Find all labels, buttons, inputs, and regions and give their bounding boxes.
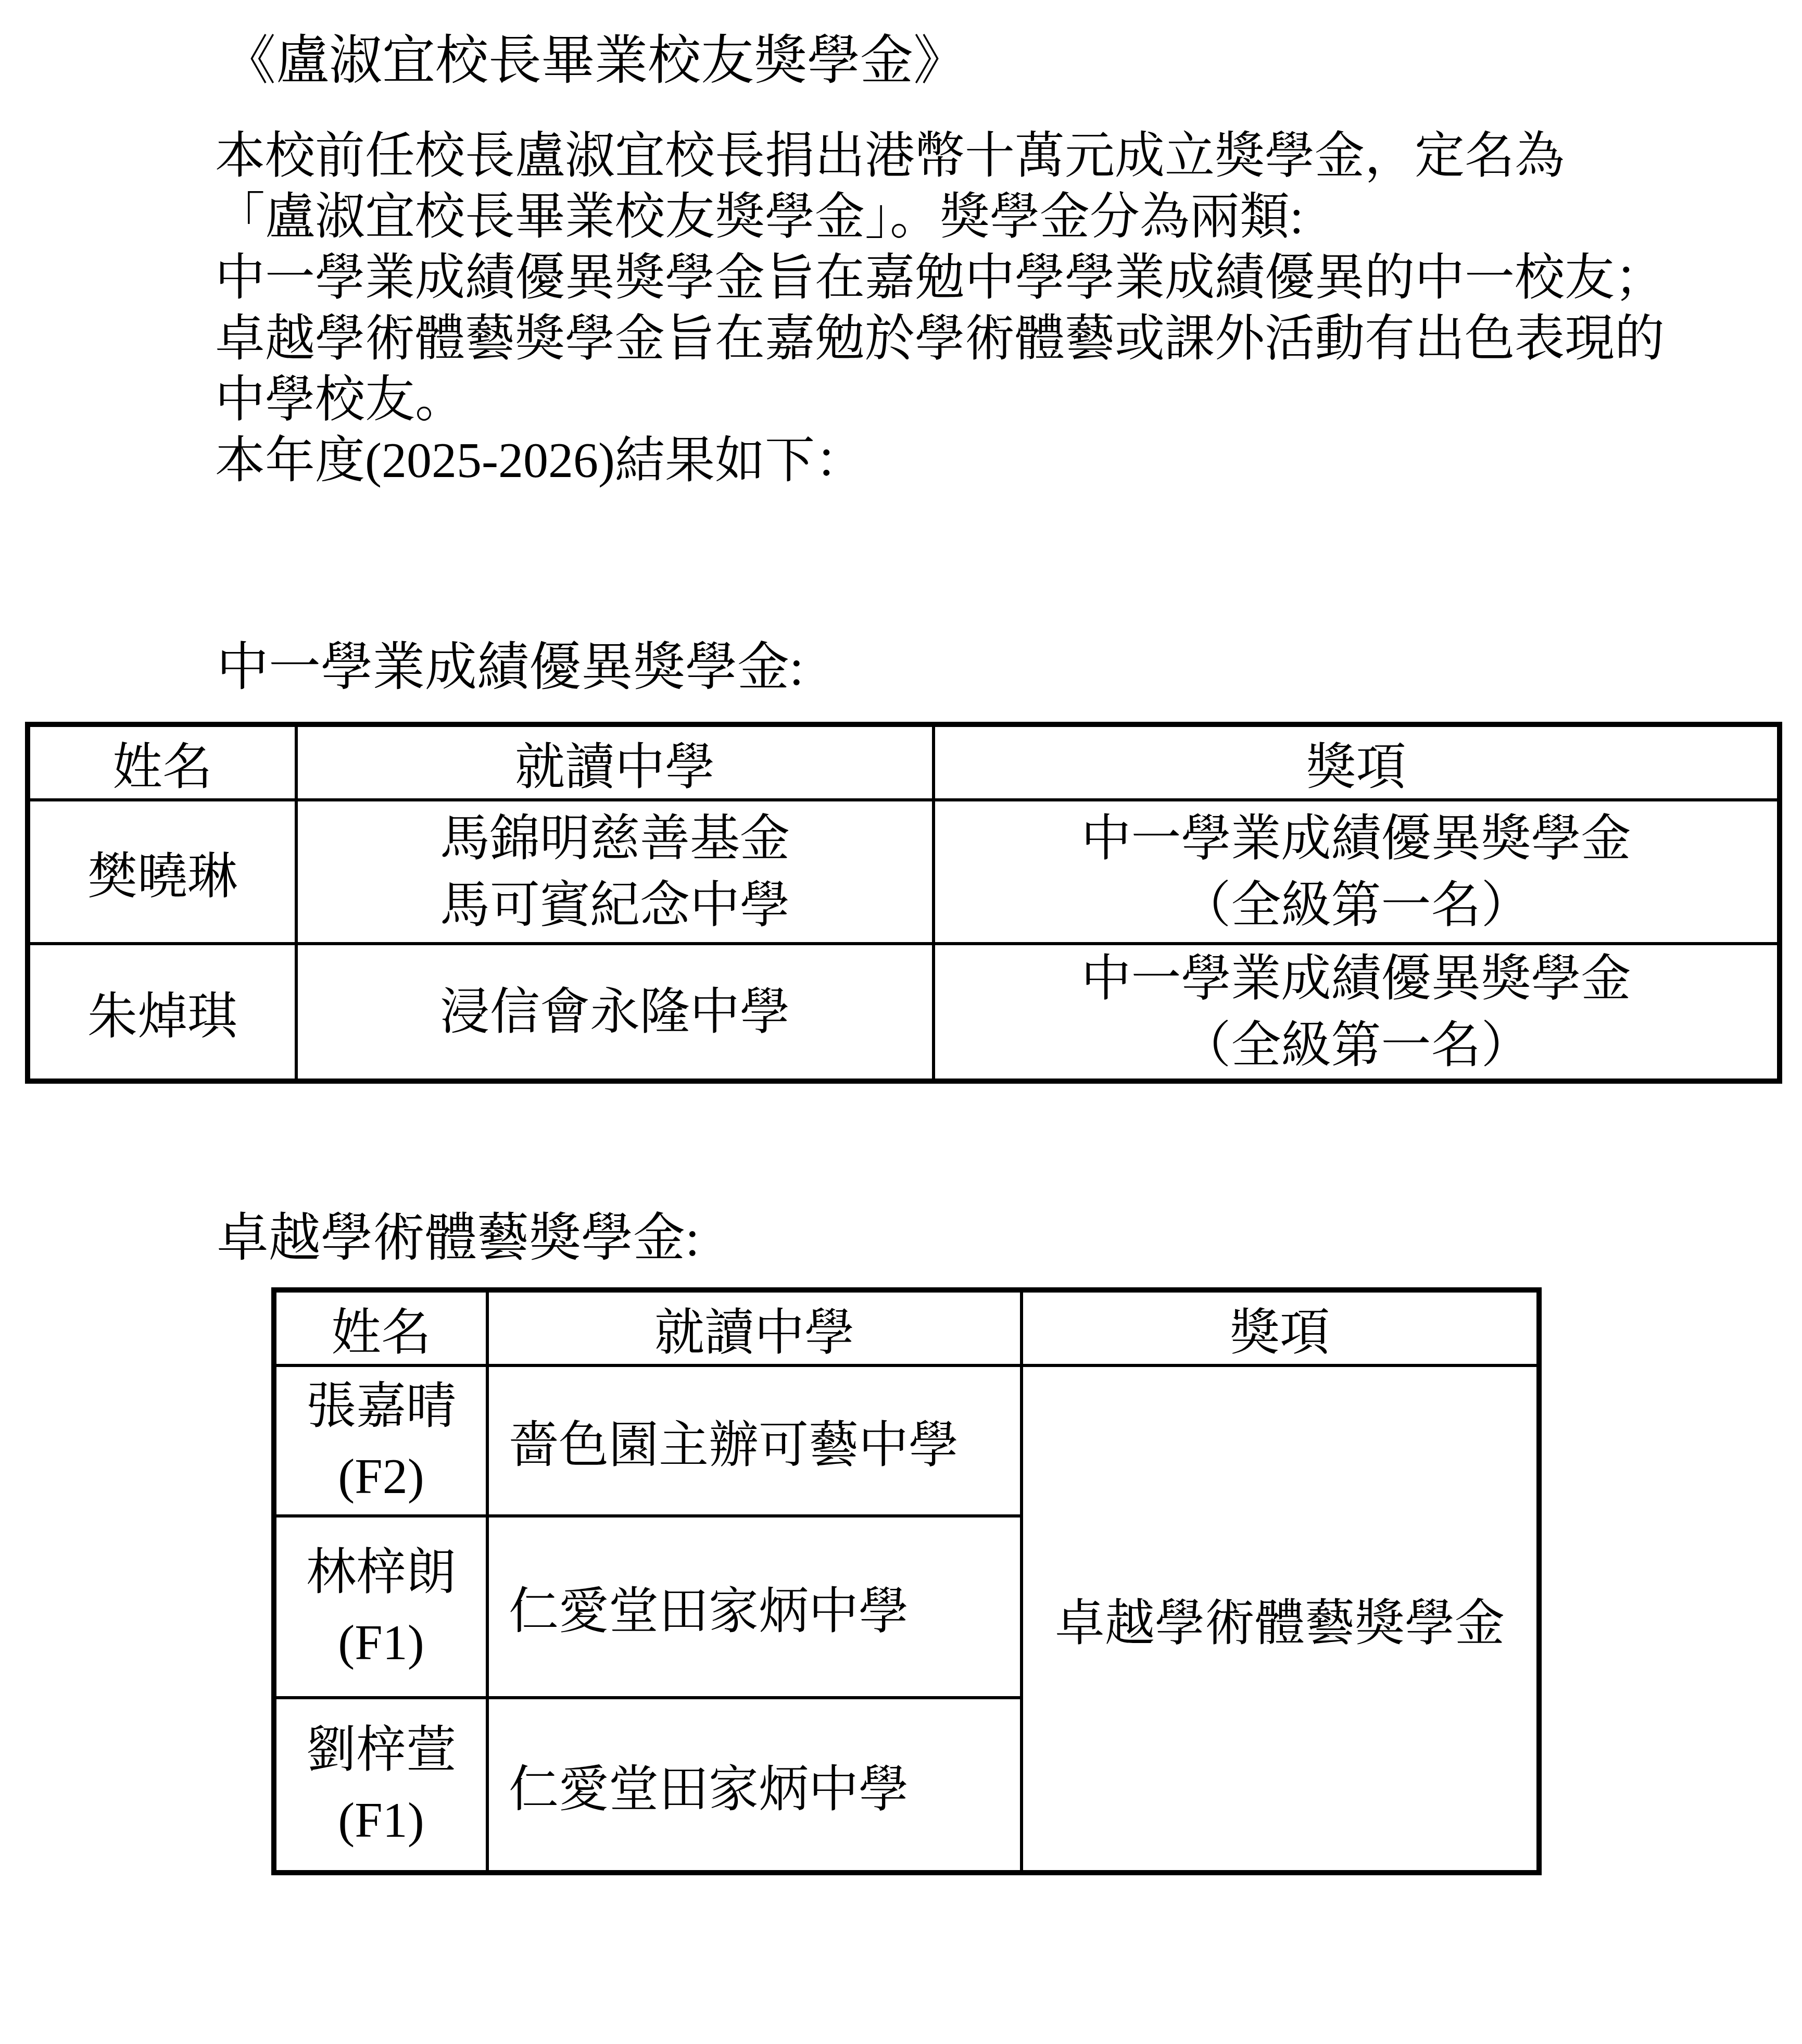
intro-paragraph: 本校前任校長盧淑宜校長捐出港幣十萬元成立獎學金，定名為 「盧淑宜校長畢業校友獎學… — [215, 125, 1665, 491]
student-school: 仁愛堂田家炳中學 — [487, 1516, 1022, 1698]
student-form: (F1) — [276, 1785, 486, 1855]
table2-row-1: 張嘉晴 (F2) 嗇色園主辦可藝中學 卓越學術體藝獎學金 — [274, 1365, 1539, 1516]
student-school: 仁愛堂田家炳中學 — [487, 1698, 1022, 1873]
form1-scholarship-table: 姓名 就讀中學 獎項 樊曉琳 馬錦明慈善基金 馬可賓紀念中學 中一學業成績優異獎… — [25, 722, 1782, 1084]
table2-header-row: 姓名 就讀中學 獎項 — [274, 1290, 1539, 1365]
table1-header-school: 就讀中學 — [296, 724, 934, 800]
award-line: （全級第一名） — [935, 1012, 1777, 1079]
merged-award-cell: 卓越學術體藝獎學金 — [1022, 1365, 1539, 1873]
school-line: 馬可賓紀念中學 — [298, 872, 932, 938]
student-name: 朱焯琪 — [28, 944, 296, 1081]
award-line: 中一學業成績優異獎學金 — [935, 805, 1777, 872]
student-name-text: 張嘉晴 — [276, 1371, 486, 1441]
student-name: 樊曉琳 — [28, 800, 296, 944]
intro-line-1: 本校前任校長盧淑宜校長捐出港幣十萬元成立獎學金，定名為 — [215, 125, 1665, 186]
excellence-scholarship-table: 姓名 就讀中學 獎項 張嘉晴 (F2) 嗇色園主辦可藝中學 卓越學術體藝獎學金 … — [271, 1287, 1542, 1875]
intro-line-5: 中學校友。 — [215, 369, 1665, 430]
intro-line-4: 卓越學術體藝獎學金旨在嘉勉於學術體藝或課外活動有出色表現的 — [215, 308, 1665, 369]
student-name: 林梓朗 (F1) — [274, 1516, 487, 1698]
intro-line-6: 本年度(2025-2026)結果如下： — [215, 430, 1665, 491]
table1-header-name: 姓名 — [28, 724, 296, 800]
student-name: 張嘉晴 (F2) — [274, 1365, 487, 1516]
table1-row-1: 樊曉琳 馬錦明慈善基金 馬可賓紀念中學 中一學業成績優異獎學金 （全級第一名） — [28, 800, 1780, 944]
award-line: 中一學業成績優異獎學金 — [935, 945, 1777, 1012]
section2-heading: 卓越學術體藝獎學金: — [217, 1207, 700, 1270]
scholarship-document-page: 《盧淑宜校長畢業校友獎學金》 本校前任校長盧淑宜校長捐出港幣十萬元成立獎學金，定… — [0, 0, 1802, 2044]
student-name-text: 林梓朗 — [276, 1537, 486, 1607]
award-line: （全級第一名） — [935, 872, 1777, 938]
table1-header-row: 姓名 就讀中學 獎項 — [28, 724, 1780, 800]
table1-header-award: 獎項 — [934, 724, 1780, 800]
table2-header-name: 姓名 — [274, 1290, 487, 1365]
student-award: 中一學業成績優異獎學金 （全級第一名） — [934, 800, 1780, 944]
school-line: 浸信會永隆中學 — [298, 979, 932, 1045]
student-name-text: 劉梓萱 — [276, 1714, 486, 1785]
page-title: 《盧淑宜校長畢業校友獎學金》 — [223, 27, 966, 96]
student-form: (F2) — [276, 1441, 486, 1511]
student-form: (F1) — [276, 1607, 486, 1677]
school-line: 馬錦明慈善基金 — [298, 805, 932, 872]
student-school: 馬錦明慈善基金 馬可賓紀念中學 — [296, 800, 934, 944]
student-award: 中一學業成績優異獎學金 （全級第一名） — [934, 944, 1780, 1081]
student-school: 嗇色園主辦可藝中學 — [487, 1365, 1022, 1516]
section1-heading: 中一學業成績優異獎學金: — [217, 636, 804, 699]
intro-line-3: 中一學業成績優異獎學金旨在嘉勉中學學業成績優異的中一校友； — [215, 247, 1665, 308]
student-name: 劉梓萱 (F1) — [274, 1698, 487, 1873]
student-school: 浸信會永隆中學 — [296, 944, 934, 1081]
table1-row-2: 朱焯琪 浸信會永隆中學 中一學業成績優異獎學金 （全級第一名） — [28, 944, 1780, 1081]
intro-line-2: 「盧淑宜校長畢業校友獎學金」。獎學金分為兩類: — [215, 186, 1665, 247]
table2-header-school: 就讀中學 — [487, 1290, 1022, 1365]
table2-header-award: 獎項 — [1022, 1290, 1539, 1365]
